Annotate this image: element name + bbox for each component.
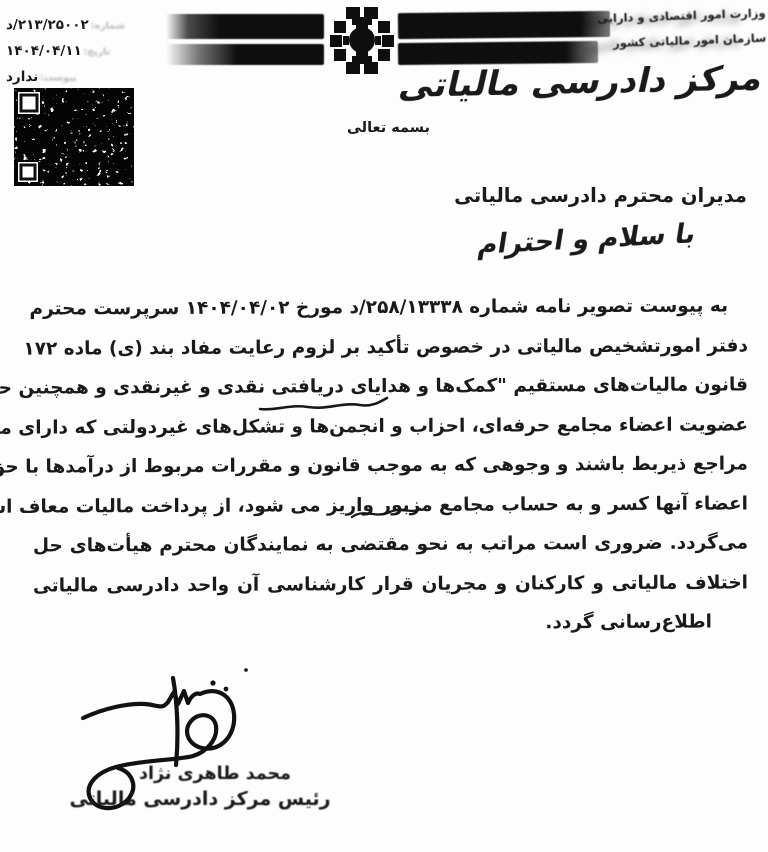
addressee-line: مدیران محترم دادرسی مالیاتی bbox=[454, 184, 747, 207]
scanned-letter-page: ۲۱۳/۲۵۰۰۲/د شماره: ۱۴۰۴/۰۴/۱۱ تاریخ: ندا… bbox=[0, 0, 768, 852]
letter-date-label: تاریخ: bbox=[83, 40, 110, 63]
signatory-title: رئیس مرکز دادرسی مالیاتی bbox=[50, 788, 350, 810]
header-bar-top-left bbox=[166, 14, 324, 39]
body-line: اختلاف مالیاتی و کارکنان و مجریان قرار ک… bbox=[33, 563, 748, 606]
signatory-name: محمد طاهری نژاد bbox=[95, 764, 335, 784]
tax-administration-emblem-icon bbox=[326, 7, 398, 74]
attachment-status: ندارد bbox=[6, 64, 38, 90]
attachment-label: پیوست: bbox=[40, 66, 76, 89]
body-line: به پیوست تصویر نامه شماره ۲۵۸/۱۳۳۳۸/د مو… bbox=[33, 286, 748, 329]
letter-number: ۲۱۳/۲۵۰۰۲/د bbox=[6, 12, 89, 38]
body-line: می‌گردد. ضروری است مراتب به نحو مقتضی به… bbox=[33, 523, 748, 566]
header-bar-bottom-left bbox=[166, 44, 324, 65]
body-line: اطلاع‌رسانی گردد. bbox=[33, 603, 712, 645]
letter-body: به پیوست تصویر نامه شماره ۲۵۸/۱۳۳۳۸/د مو… bbox=[33, 288, 748, 644]
stamp-attachment-row: ندارد پیوست: bbox=[6, 64, 166, 90]
besmeleh-heading: بسمه تعالی bbox=[347, 120, 430, 136]
body-line: اعضاء آنها کسر و به حساب مجامع مزبور وار… bbox=[33, 484, 748, 527]
stamp-date-row: ۱۴۰۴/۰۴/۱۱ تاریخ: bbox=[6, 38, 166, 64]
body-line: دفتر امورتشخیص مالیاتی در خصوص تأکید بر … bbox=[33, 326, 748, 369]
handwritten-greeting: با سلام و احترام bbox=[476, 218, 698, 261]
stamp-number-row: ۲۱۳/۲۵۰۰۲/د شماره: bbox=[6, 12, 166, 38]
body-line: عضویت اعضاء مجامع حرفه‌ای، احزاب و انجمن… bbox=[33, 405, 748, 448]
registration-stamp: ۲۱۳/۲۵۰۰۲/د شماره: ۱۴۰۴/۰۴/۱۱ تاریخ: ندا… bbox=[6, 12, 166, 90]
body-line: مراجع ذیربط باشند و وجوهی که به موجب قان… bbox=[33, 444, 748, 487]
center-title-calligraphy: مرکز دادرسی مالیاتی bbox=[395, 58, 767, 106]
letter-number-label: شماره: bbox=[91, 14, 125, 37]
ministry-script: وزارت امور اقتصادی و دارایی سازمان امور … bbox=[575, 1, 767, 58]
body-line: قانون مالیات‌های مستقیم "کمک‌ها و هدایای… bbox=[33, 365, 748, 408]
qr-code-icon bbox=[14, 88, 134, 186]
letter-date: ۱۴۰۴/۰۴/۱۱ bbox=[6, 38, 82, 64]
